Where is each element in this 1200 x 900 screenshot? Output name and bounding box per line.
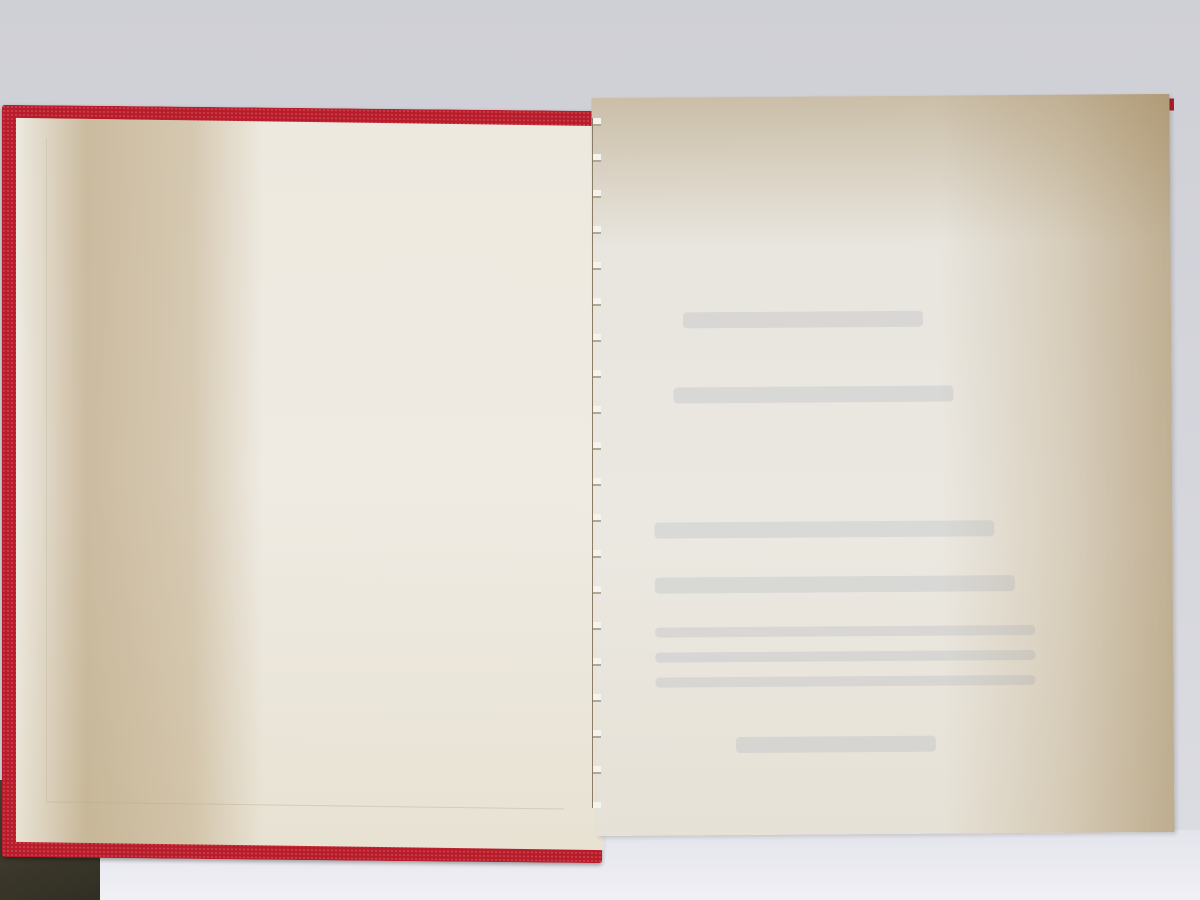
show-through-text xyxy=(736,736,936,753)
right-title-page xyxy=(591,94,1174,836)
left-endpaper xyxy=(16,118,604,850)
show-through-text xyxy=(655,650,1035,663)
spine-stitching xyxy=(592,118,601,808)
book-photo xyxy=(0,0,1200,900)
show-through-text xyxy=(655,575,1015,594)
show-through-text xyxy=(673,386,953,404)
endpaper-fold xyxy=(46,138,564,809)
show-through-text xyxy=(655,675,1035,688)
show-through-text xyxy=(654,520,994,538)
show-through-text xyxy=(683,311,923,329)
show-through-text xyxy=(655,625,1035,638)
